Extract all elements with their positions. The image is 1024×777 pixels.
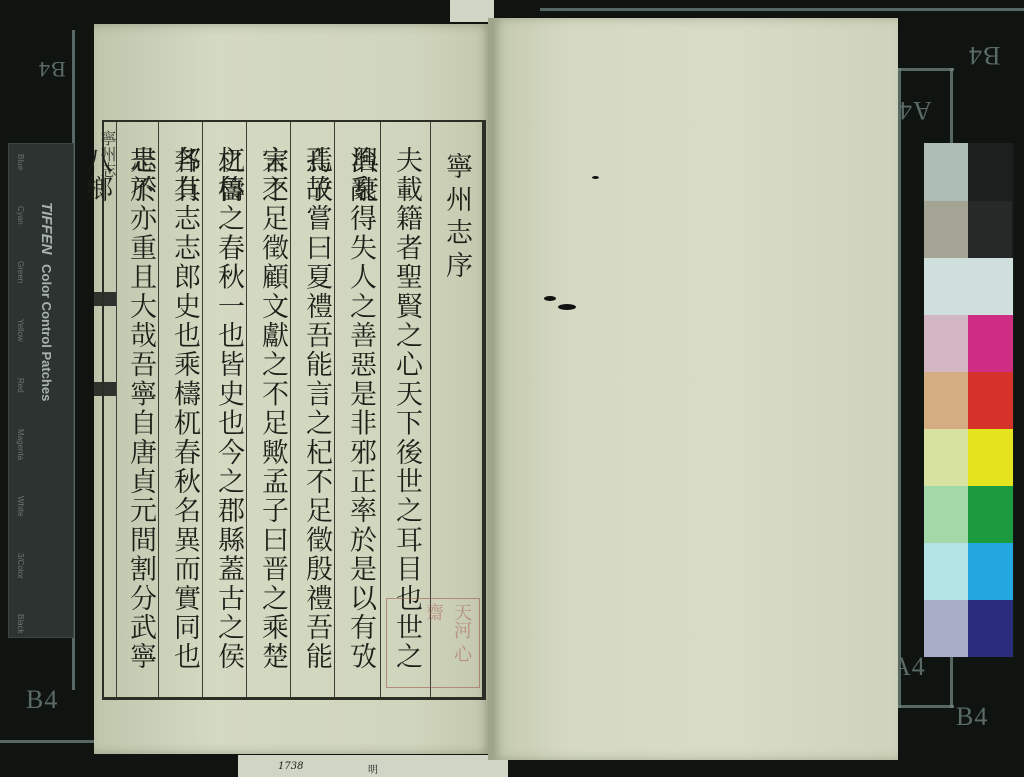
patch-name-list: Blue Cyan Green Yellow Red Magenta White… bbox=[11, 154, 25, 634]
text-column-7: 是不亦重且大哉吾寧自唐貞元間割分武寧八鄉 bbox=[118, 146, 162, 696]
board-line bbox=[898, 68, 901, 708]
patch-white bbox=[924, 258, 1013, 315]
size-label-b4: B4 bbox=[38, 56, 66, 82]
tiffen-title: Color Control Patches bbox=[39, 264, 54, 401]
text-column-5: 杌魯之春秋一也皆史也今之郡縣蓋古之侯邦其 bbox=[206, 146, 250, 696]
patch-tan bbox=[924, 372, 968, 429]
patch-pink bbox=[924, 315, 968, 372]
patch-cyan bbox=[968, 543, 1013, 600]
paper-tab-bottom: 1738 明 bbox=[238, 755, 488, 777]
size-label-b4: B4 bbox=[956, 702, 988, 732]
board-line bbox=[540, 8, 1024, 11]
column-rule bbox=[116, 122, 117, 697]
patch-name: Blue bbox=[11, 154, 25, 170]
patch-name: Magenta bbox=[11, 429, 25, 460]
patch-mid-gray bbox=[924, 201, 968, 258]
catalog-text: 明 bbox=[368, 761, 378, 776]
patch-name: Red bbox=[11, 378, 25, 393]
ink-spot bbox=[558, 304, 576, 310]
patch-name: Cyan bbox=[11, 206, 25, 225]
board-line bbox=[890, 705, 954, 708]
size-label-b4: B4 bbox=[26, 685, 58, 715]
patch-name: White bbox=[11, 496, 25, 516]
patch-red bbox=[968, 372, 1013, 429]
patch-pale-green bbox=[924, 486, 968, 543]
patch-black bbox=[968, 143, 1012, 201]
text-column-2: 治亂得失人之善惡是非邪正率於是以有攷焉故 bbox=[338, 146, 382, 696]
patch-name: 3/Color bbox=[11, 553, 25, 579]
color-patch-strip bbox=[924, 143, 1014, 657]
board-line bbox=[898, 68, 954, 71]
board-line bbox=[0, 740, 100, 743]
text-column-3: 孔子嘗曰夏禮吾能言之杞不足徵殷禮吾能言之 bbox=[294, 146, 338, 696]
ink-spot bbox=[544, 296, 556, 301]
patch-pale-cyan bbox=[924, 543, 968, 600]
collector-seal: 天河 心 齋 bbox=[386, 598, 480, 688]
patch-pale-yellow bbox=[924, 429, 968, 486]
patch-navy bbox=[968, 600, 1013, 657]
patch-magenta bbox=[968, 315, 1013, 372]
tiffen-color-card: Blue Cyan Green Yellow Red Magenta White… bbox=[8, 143, 74, 638]
catalog-number: 1738 bbox=[278, 761, 303, 772]
text-column-4: 宋不足徵顧文獻之不足歟孟子曰晋之乘楚之檮 bbox=[250, 146, 294, 696]
patch-dark-gray bbox=[968, 201, 1012, 258]
size-label-a4: A4 bbox=[898, 95, 932, 125]
patch-light-gray bbox=[924, 143, 968, 201]
text-column-6: 各有志志郎史也乘檮杌春秋名異而實同也志於 bbox=[162, 146, 206, 696]
tiffen-logo: TIFFEN bbox=[38, 202, 55, 255]
patch-green bbox=[968, 486, 1013, 543]
size-label-b4: B4 bbox=[968, 40, 1000, 70]
ink-spot bbox=[592, 176, 599, 179]
right-page-blank bbox=[492, 18, 898, 760]
patch-yellow bbox=[968, 429, 1013, 486]
tiffen-brand: TIFFEN Color Control Patches bbox=[25, 202, 55, 582]
patch-name: Yellow bbox=[11, 319, 25, 342]
patch-name: Black bbox=[11, 614, 25, 634]
patch-name: Green bbox=[11, 261, 25, 283]
book-spine bbox=[488, 18, 494, 760]
patch-lavender bbox=[924, 600, 968, 657]
